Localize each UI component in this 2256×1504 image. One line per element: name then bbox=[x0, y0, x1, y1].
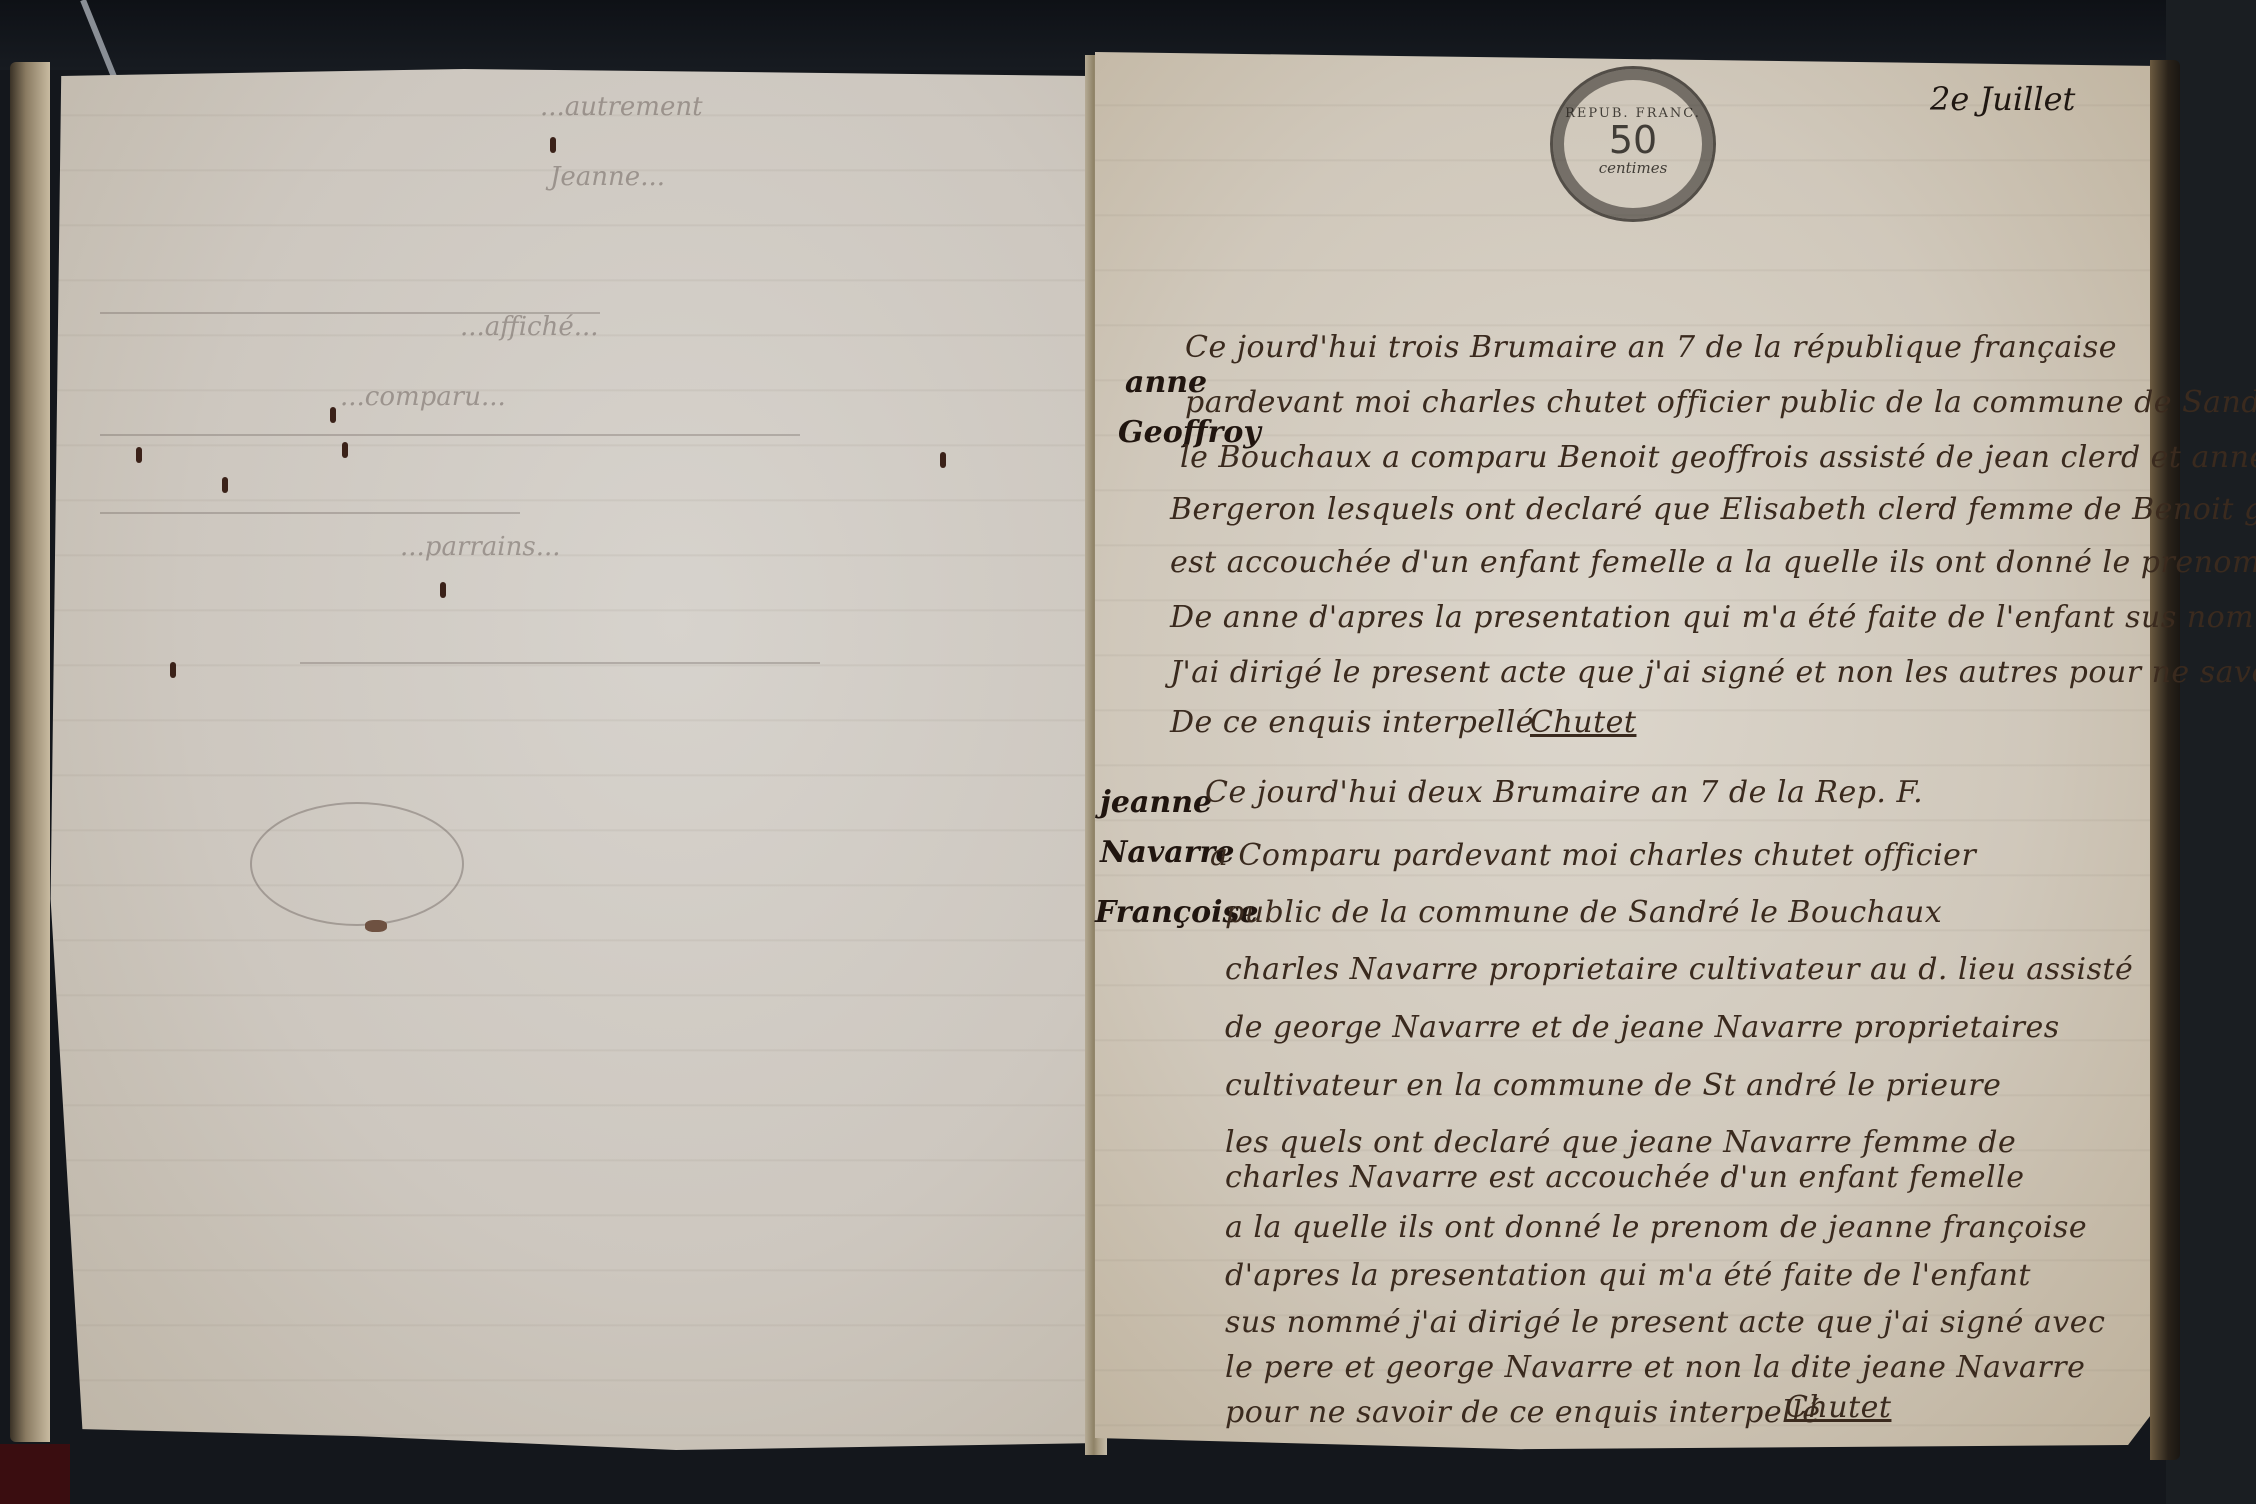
entry-line: le Bouchaux a comparu Benoit geoffrois a… bbox=[1180, 440, 2256, 475]
ink-spot bbox=[940, 452, 946, 468]
bleed-stroke bbox=[100, 434, 800, 436]
ink-spot bbox=[342, 442, 348, 458]
entry-line: de george Navarre et de jeane Navarre pr… bbox=[1225, 1010, 2060, 1045]
entry-line: cultivateur en la commune de St andré le… bbox=[1225, 1068, 2001, 1103]
entry-line: d'apres la presentation qui m'a été fait… bbox=[1225, 1258, 2031, 1293]
bleed-text: Jeanne... bbox=[550, 162, 665, 192]
left-page: ...autrement Jeanne... ...affiché... ...… bbox=[40, 62, 1100, 1457]
faint-seal-outline bbox=[250, 802, 464, 926]
entry-line: J'ai dirigé le present acte que j'ai sig… bbox=[1170, 655, 2256, 690]
entry-line: charles Navarre est accouchée d'un enfan… bbox=[1225, 1160, 2024, 1195]
stamp-unit: centimes bbox=[1599, 159, 1668, 177]
entry-line: a la quelle ils ont donné le prenom de j… bbox=[1225, 1210, 2087, 1245]
ink-spot bbox=[222, 477, 228, 493]
bleed-stroke bbox=[100, 312, 600, 314]
paper-lines bbox=[40, 62, 1100, 1457]
bleed-stroke bbox=[100, 512, 520, 514]
stamp-value: 50 bbox=[1609, 121, 1657, 159]
bleed-text: ...comparu... bbox=[340, 382, 506, 412]
entry-line: le pere et george Navarre et non la dite… bbox=[1225, 1350, 2085, 1385]
folio-annotation: 2e Juillet bbox=[1930, 80, 2075, 118]
officer-signature: Chutet bbox=[1530, 705, 1636, 740]
bleed-text: ...affiché... bbox=[460, 312, 599, 342]
tax-stamp: REPUB. FRANC. 50 centimes bbox=[1550, 66, 1716, 222]
entry-line: Ce jourd'hui deux Brumaire an 7 de la Re… bbox=[1205, 775, 1923, 810]
ink-spot bbox=[440, 582, 446, 598]
entry-line: les quels ont declaré que jeane Navarre … bbox=[1225, 1125, 2016, 1160]
brown-stain bbox=[365, 920, 387, 932]
bleed-text: ...parrains... bbox=[400, 532, 561, 562]
ink-spot bbox=[330, 407, 336, 423]
entry-line: a Comparu pardevant moi charles chutet o… bbox=[1210, 838, 1976, 873]
entry-line: public de la commune de Sandré le Boucha… bbox=[1225, 895, 1942, 930]
book-left-edge bbox=[10, 62, 50, 1442]
entry-line: pardevant moi charles chutet officier pu… bbox=[1185, 385, 2256, 420]
entry-line: pour ne savoir de ce enquis interpellé bbox=[1225, 1395, 1821, 1430]
margin-name: jeanne bbox=[1100, 785, 1212, 820]
entry-line: De anne d'apres la presentation qui m'a … bbox=[1170, 600, 2256, 635]
ink-spot bbox=[550, 137, 556, 153]
entry-line: De ce enquis interpellé bbox=[1170, 705, 1534, 740]
red-cloth-corner bbox=[0, 1444, 70, 1504]
entry-line: sus nommé j'ai dirigé le present acte qu… bbox=[1225, 1305, 2105, 1340]
bleed-text: ...autrement bbox=[540, 92, 703, 122]
ink-spot bbox=[136, 447, 142, 463]
book-right-edge bbox=[2150, 60, 2180, 1460]
bleed-stroke bbox=[300, 662, 820, 664]
entry-line: est accouchée d'un enfant femelle a la q… bbox=[1170, 545, 2256, 580]
entry-line: Bergeron lesquels ont declaré que Elisab… bbox=[1170, 492, 2256, 527]
ink-spot bbox=[170, 662, 176, 678]
entry-line: charles Navarre proprietaire cultivateur… bbox=[1225, 952, 2133, 987]
officer-signature: Chutet bbox=[1785, 1390, 1891, 1425]
entry-line: Ce jourd'hui trois Brumaire an 7 de la r… bbox=[1185, 330, 2117, 365]
